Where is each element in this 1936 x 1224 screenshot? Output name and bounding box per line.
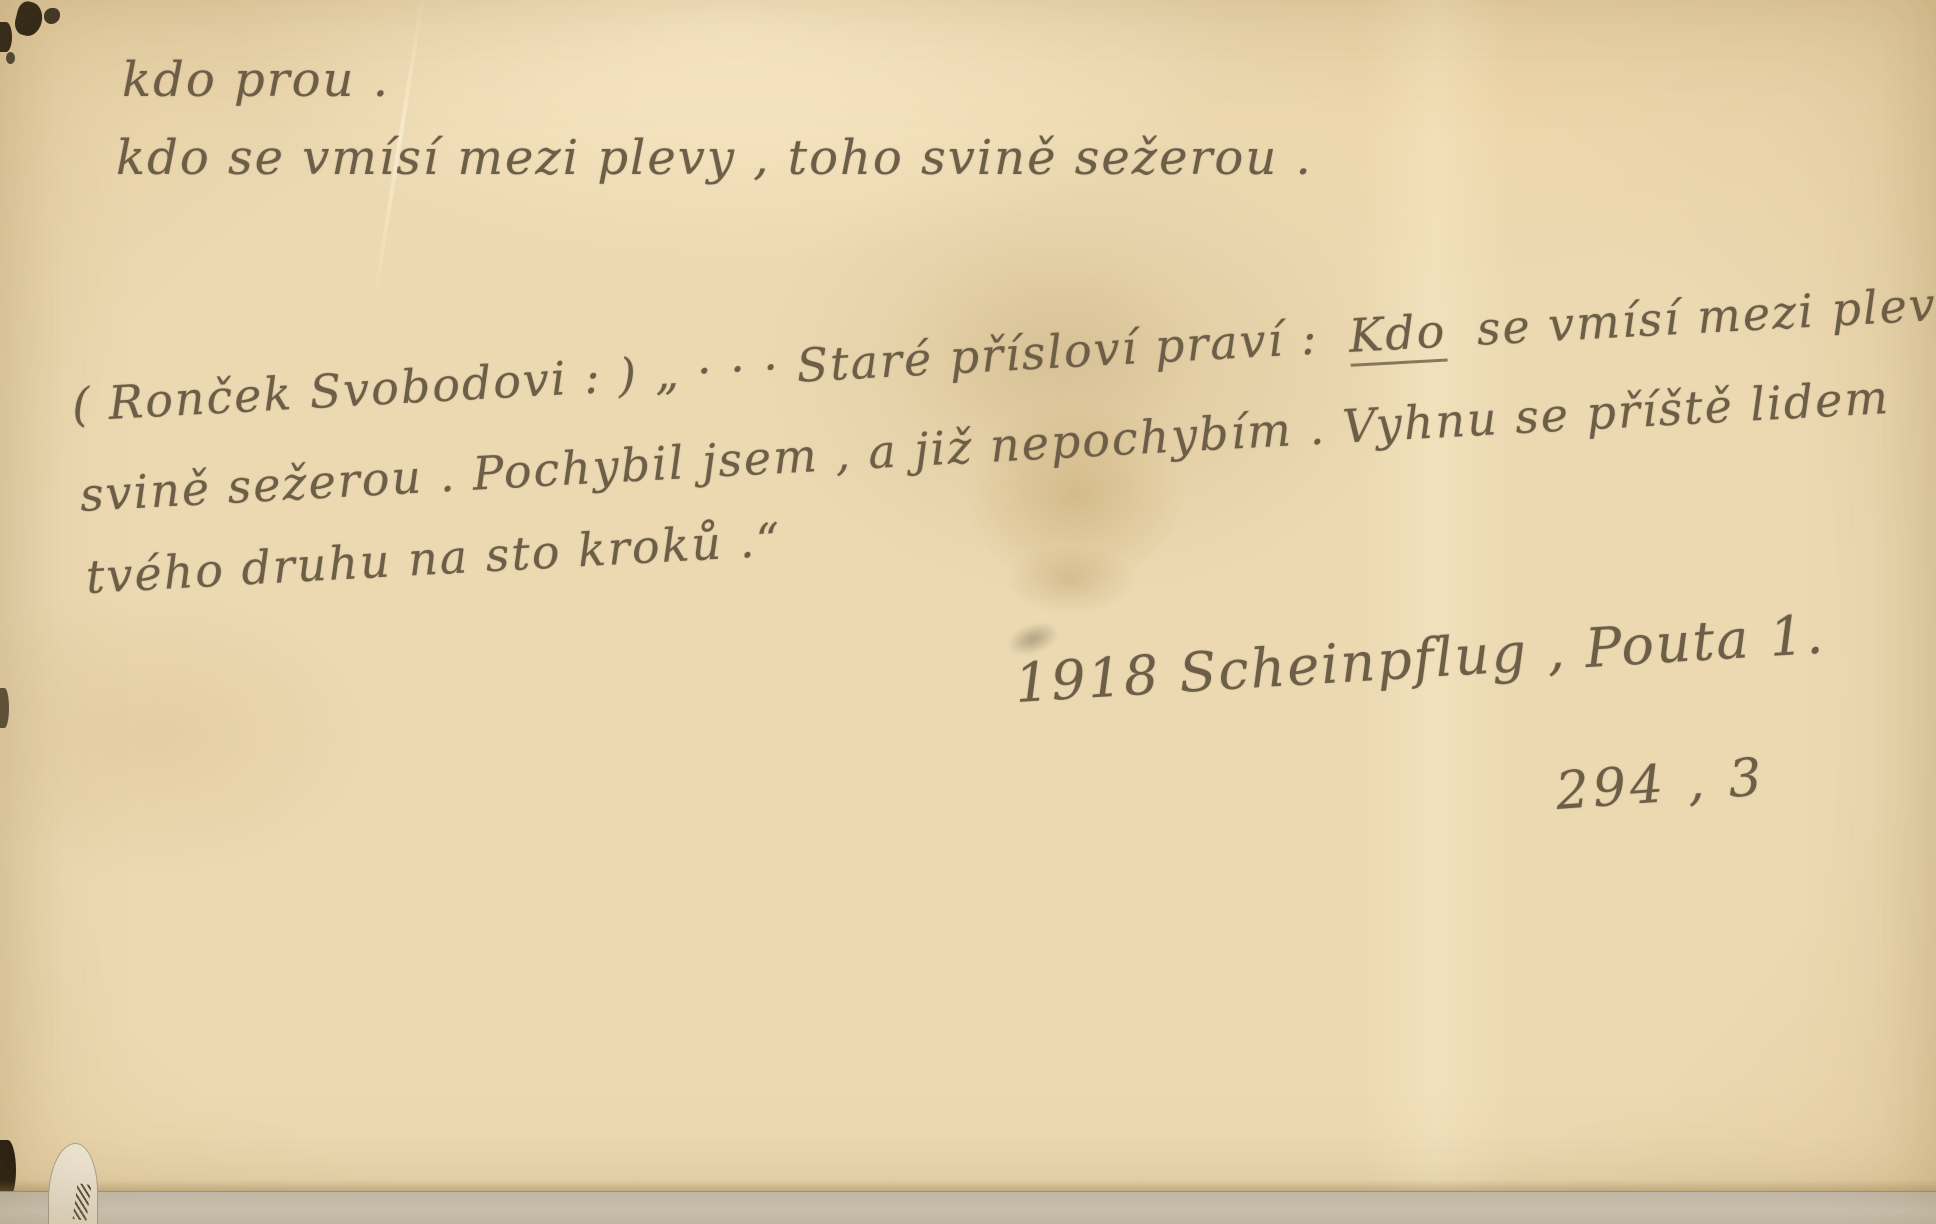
paper-light-band <box>1360 0 1510 1224</box>
handwritten-note-line-2: kdo se vmísí mezi plevy , toho svině sež… <box>116 130 1313 186</box>
scan-artifact-top-left <box>12 0 45 39</box>
scan-artifact-top-left-2 <box>44 8 60 24</box>
scan-bottom-strip <box>0 1191 1936 1224</box>
manuscript-card: kdo prou . kdo se vmísí mezi plevy , toh… <box>0 0 1936 1224</box>
torn-paper-hatch-mark <box>73 1183 92 1221</box>
handwritten-excerpt-line-3: tvého druhu na sto kroků .“ <box>85 512 783 604</box>
excerpt-underlined-word: Kdo <box>1347 304 1448 367</box>
scan-artifact-left-mid <box>0 688 9 728</box>
excerpt-line-1-rest: se vmísí mezi plevy , toho <box>1475 267 1936 356</box>
paper-stain-small <box>1005 545 1135 615</box>
torn-paper-corner <box>48 1143 98 1224</box>
scan-artifact-left-dot <box>6 52 15 64</box>
scan-artifact-left-edge <box>0 22 12 52</box>
handwritten-note-line-1: kdo prou . <box>122 52 390 108</box>
handwritten-page-reference: 294 , 3 <box>1554 747 1768 821</box>
